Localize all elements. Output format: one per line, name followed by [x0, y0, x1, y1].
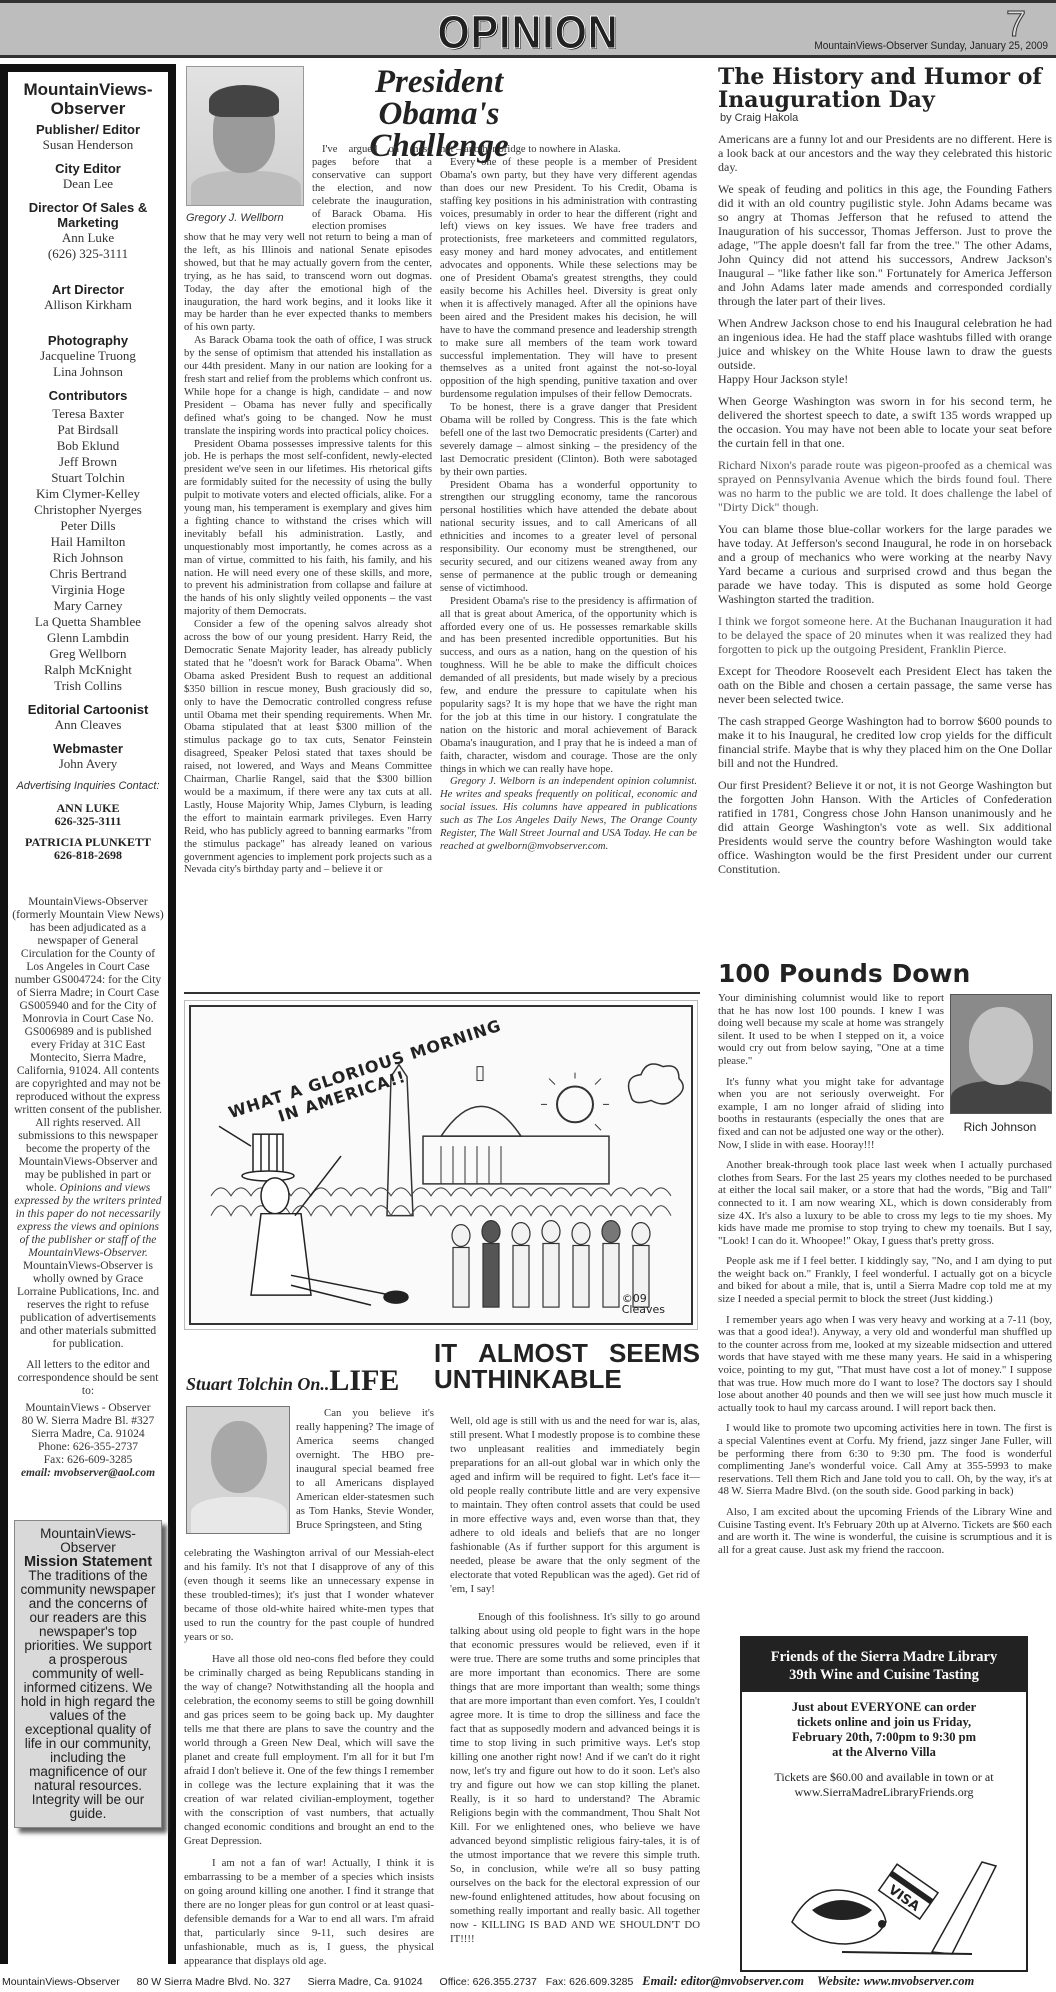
staff-role: Photography [12, 333, 164, 348]
paragraph: celebrating the Washington arrival of ou… [184, 1546, 434, 1644]
pounds-article: 100 Pounds Down Rich Johnson Your dimini… [718, 960, 1052, 1564]
cartoon-frame: WHAT A GLORIOUS MORNING IN AMERICA!! ©09… [189, 1005, 693, 1325]
address-line: MountainViews - Observer [12, 1402, 164, 1415]
paragraph: Every one of these people is a member of… [440, 157, 697, 402]
contributor-name: Kim Clymer-Kelley [12, 486, 164, 502]
staff-photography: Photography Jacqueline Truong Lina Johns… [12, 333, 164, 380]
contributor-name: Trish Collins [12, 678, 164, 694]
fax-line: Fax: 626-609-3285 [12, 1454, 164, 1467]
staff-sales: Director Of Sales & Marketing Ann Luke (… [12, 200, 164, 262]
cartoon-signature: ©09 Cleaves [622, 1293, 665, 1315]
staff-name: Dean Lee [12, 176, 164, 192]
staff-name: John Avery [12, 756, 164, 772]
byline: by Craig Hakola [720, 112, 1052, 124]
paragraph: I think we forgot someone here. At the B… [718, 614, 1052, 656]
contributor-name: Greg Wellborn [12, 646, 164, 662]
ad-body-line: February 20th, 7:00pm to 9:30 pm [748, 1730, 1020, 1745]
footer-address: 80 W Sierra Madre Blvd. No. 327 [137, 1976, 291, 1988]
staff-city-editor: City Editor Dean Lee [12, 161, 164, 192]
paragraph: I am not a fan of war! Actually, I think… [184, 1856, 434, 1968]
kicker-life: LIFE [329, 1364, 399, 1397]
staff-art-director: Art Director Allison Kirkham [12, 282, 164, 313]
author-photo-johnson [950, 994, 1052, 1114]
article-column-narrow: Your diminishing columnist would like to… [718, 992, 944, 1151]
photo-caption: Gregory J. Wellborn [186, 212, 306, 224]
article-headline: IT ALMOST SEEMS UNTHINKABLE [434, 1340, 700, 1392]
paragraph: President Obama has a wonderful opportun… [440, 480, 697, 596]
paragraph: show that he may very well not return to… [184, 232, 432, 335]
staff-role: Webmaster [12, 741, 164, 756]
contributor-name: Ralph McKnight [12, 662, 164, 678]
paragraph: Consider a few of the opening salvos alr… [184, 619, 432, 877]
paragraph: The cash strapped George Washington had … [718, 714, 1052, 770]
editorial-cartoon: WHAT A GLORIOUS MORNING IN AMERICA!! ©09… [184, 1000, 698, 1330]
footer-phone: Office: 626.355.2737 [440, 1976, 537, 1988]
author-photo-tolchin [186, 1406, 290, 1534]
contributor-name: Bob Eklund [12, 438, 164, 454]
footer-email-link[interactable]: Email: editor@mvobserver.com [642, 1974, 804, 1988]
paragraph: Also, I am excited about the upcoming Fr… [718, 1506, 1052, 1556]
ad-contact: PATRICIA PLUNKETT 626-818-2698 [12, 836, 164, 862]
contributor-name: Mary Carney [12, 598, 164, 614]
contributor-name: Virginia Hoge [12, 582, 164, 598]
masthead: OPINION 7 MountainViews-Observer Sunday,… [0, 0, 1056, 58]
ad-contact: ANN LUKE 626-325-3111 [12, 802, 164, 828]
column-kicker: Stuart Tolchin On..LIFE [186, 1364, 399, 1398]
legal-text: MountainViews-Observer (formerly Mountai… [12, 896, 163, 1194]
paragraph: President Obama's rise to the presidency… [440, 596, 697, 777]
paragraph: Well, old age is still with us and the n… [450, 1414, 700, 1596]
paragraph: When George Washington was sworn in for … [718, 394, 1052, 450]
paragraph: Your diminishing columnist would like to… [718, 992, 944, 1068]
article-column: I've argued on these pages before that a… [312, 144, 432, 234]
article-column: celebrating the Washington arrival of ou… [184, 1546, 434, 1976]
article-headline: The History and Humor of Inauguration Da… [718, 66, 1052, 112]
contributor-name: Rich Johnson [12, 550, 164, 566]
paragraph: not – another bridge to nowhere in Alask… [440, 144, 697, 157]
staff-role: Editorial Cartoonist [12, 702, 164, 717]
letters-text: All letters to the editor and correspond… [12, 1359, 164, 1398]
footer-website-link[interactable]: Website: www.mvobserver.com [817, 1974, 974, 1988]
ad-body-line: at the Alverno Villa [748, 1745, 1020, 1760]
tolchin-article: Stuart Tolchin On..LIFE IT ALMOST SEEMS … [184, 1338, 700, 1958]
phone-line: Phone: 626-355-2737 [12, 1441, 164, 1454]
contributor-name: Peter Dills [12, 518, 164, 534]
staff-cartoonist: Editorial Cartoonist Ann Cleaves [12, 702, 164, 733]
signature-line: Cleaves [622, 1304, 665, 1315]
paragraph: Richard Nixon's parade route was pigeon-… [718, 458, 1052, 514]
article-column: not – another bridge to nowhere in Alask… [440, 144, 697, 854]
ad-contact-phone: 626-325-3111 [12, 815, 164, 828]
staff-webmaster: Webmaster John Avery [12, 741, 164, 772]
page-footer: MountainViews-Observer 80 W Sierra Madre… [0, 1970, 1056, 1992]
paragraph: Enough of this foolishness. It's silly t… [450, 1610, 700, 1946]
staff-name: Lina Johnson [12, 364, 164, 380]
paragraph: To be honest, there is a grave danger th… [440, 402, 697, 479]
photo-caption: Rich Johnson [950, 1120, 1050, 1134]
paragraph: President Obama possesses impressive tal… [184, 439, 432, 620]
mailing-address: All letters to the editor and correspond… [12, 1359, 164, 1480]
paragraph: It's funny what you might take for advan… [718, 1076, 944, 1152]
ad-title-line: 39th Wine and Cuisine Tasting [746, 1666, 1022, 1684]
address-line: Sierra Madre, Ca. 91024 [12, 1428, 164, 1441]
paragraph: When Andrew Jackson chose to end his Ina… [718, 316, 1052, 386]
article-column: show that he may very well not return to… [184, 232, 432, 877]
staff-role: Director Of Sales & Marketing [12, 200, 164, 230]
staff-name: Ann Luke [12, 230, 164, 246]
ad-title-line: Friends of the Sierra Madre Library [746, 1648, 1022, 1666]
paragraph: You can blame those blue-collar workers … [718, 522, 1052, 606]
paragraph: As Barack Obama took the oath of office,… [184, 335, 432, 438]
staff-publisher: Publisher/ Editor Susan Henderson [12, 122, 164, 153]
headline-line: IT ALMOST SEEMS [434, 1340, 700, 1366]
contributor-name: Teresa Baxter [12, 406, 164, 422]
paragraph: Our first President? Believe it or not, … [718, 778, 1052, 876]
headline-word: SEEMS [609, 1340, 700, 1366]
staff-role: City Editor [12, 161, 164, 176]
contributor-name: Glenn Lambdin [12, 630, 164, 646]
staff-name: Jacqueline Truong [12, 348, 164, 364]
paragraph: Can you believe it's really happening? T… [296, 1406, 434, 1532]
page-number: 7 [1006, 3, 1026, 45]
paragraph: Another break-through took place last we… [718, 1159, 1052, 1247]
ad-ticket-info: Tickets are $60.00 and available in town… [742, 1760, 1026, 1800]
address-line: 80 W. Sierra Madre Bl. #327 [12, 1415, 164, 1428]
paragraph: Americans are a funny lot and our Presid… [718, 132, 1052, 174]
ad-contact-phone: 626-818-2698 [12, 849, 164, 862]
paragraph: I would like to promote two upcoming act… [718, 1422, 1052, 1498]
staff-role: Contributors [12, 388, 164, 403]
mission-brand: MountainViews-Observer [19, 1527, 157, 1555]
staff-role: Art Director [12, 282, 164, 297]
contributor-name: Hail Hamilton [12, 534, 164, 550]
advertising-label: Advertising Inquiries Contact: [12, 780, 164, 792]
mission-statement-box: MountainViews-Observer Mission Statement… [14, 1520, 162, 1828]
staff-name: Ann Cleaves [12, 717, 164, 733]
history-article: The History and Humor of Inauguration Da… [718, 66, 1052, 884]
contributor-name: Pat Birdsall [12, 422, 164, 438]
article-column: Well, old age is still with us and the n… [450, 1414, 700, 1954]
author-bio: Gregory J. Welborn is an independent opi… [440, 776, 697, 853]
footer-city: Sierra Madre, Ca. 91024 [308, 1976, 423, 1988]
staff-phone: (626) 325-3111 [12, 246, 164, 262]
article-column: Can you believe it's really happening? T… [296, 1406, 434, 1532]
author-photo-wellborn [186, 66, 304, 206]
ad-body-line: tickets online and join us Friday, [748, 1715, 1020, 1730]
headline-word: IT [434, 1340, 457, 1366]
paragraph: I've argued on these pages before that a… [312, 144, 432, 234]
ad-info-line: Tickets are $60.00 and available in town… [748, 1770, 1020, 1785]
staff-name: Allison Kirkham [12, 297, 164, 313]
contributor-name: Chris Bertrand [12, 566, 164, 582]
headline-line: UNTHINKABLE [434, 1366, 700, 1392]
email-link[interactable]: email: mvobserver@aol.com [12, 1467, 164, 1480]
footer-paper: MountainViews-Observer [2, 1976, 120, 1988]
headline-word: ALMOST [478, 1340, 588, 1366]
dateline: MountainViews-Observer Sunday, January 2… [814, 40, 1048, 52]
contributor-name: Stuart Tolchin [12, 470, 164, 486]
obama-article: Gregory J. Wellborn President Obama's Ch… [184, 66, 699, 996]
paragraph: Except for Theodore Roosevelt each Presi… [718, 664, 1052, 706]
ad-title: Friends of the Sierra Madre Library 39th… [742, 1638, 1026, 1692]
staff-name: Susan Henderson [12, 137, 164, 153]
paragraph: I remember years ago when I was very hea… [718, 1314, 1052, 1415]
library-event-ad: Friends of the Sierra Madre Library 39th… [740, 1636, 1028, 1972]
sidebar-brand: MountainViews-Observer [12, 80, 164, 118]
contributor-name: La Quetta Shamblee [12, 614, 164, 630]
paragraph: Have all those old neo-cons fled before … [184, 1652, 434, 1848]
staff-contributors: Contributors Teresa Baxter Pat Birdsall … [12, 388, 164, 694]
kicker-text: Stuart Tolchin On.. [186, 1374, 329, 1394]
ownership-text: MountainViews-Observer is wholly owned b… [17, 1260, 159, 1350]
mission-text: The traditions of the community newspape… [19, 1569, 157, 1821]
article-headline: 100 Pounds Down [718, 960, 1052, 988]
contributor-name: Jeff Brown [12, 454, 164, 470]
footer-fax: Fax: 626.609.3285 [546, 1976, 634, 1988]
staff-box: MountainViews-Observer Publisher/ Editor… [8, 72, 168, 1964]
legal-notice: MountainViews-Observer (formerly Mountai… [12, 896, 164, 1351]
paragraph: People ask me if I feel better. I kiddin… [718, 1255, 1052, 1305]
mission-title: Mission Statement [19, 1555, 157, 1569]
staff-role: Publisher/ Editor [12, 122, 164, 137]
paragraph: We speak of feuding and politics in this… [718, 182, 1052, 308]
staff-sidebar: MountainViews-Observer Publisher/ Editor… [0, 64, 176, 1964]
ad-website-link[interactable]: www.SierraMadreLibraryFriends.org [748, 1785, 1020, 1800]
ad-body: Just about EVERYONE can order tickets on… [742, 1692, 1026, 1760]
contributor-name: Christopher Nyerges [12, 502, 164, 518]
ad-body-line: Just about EVERYONE can order [748, 1700, 1020, 1715]
raccoon-laptop-illustration-icon: VISA [782, 1842, 1012, 1962]
section-divider [184, 992, 700, 994]
